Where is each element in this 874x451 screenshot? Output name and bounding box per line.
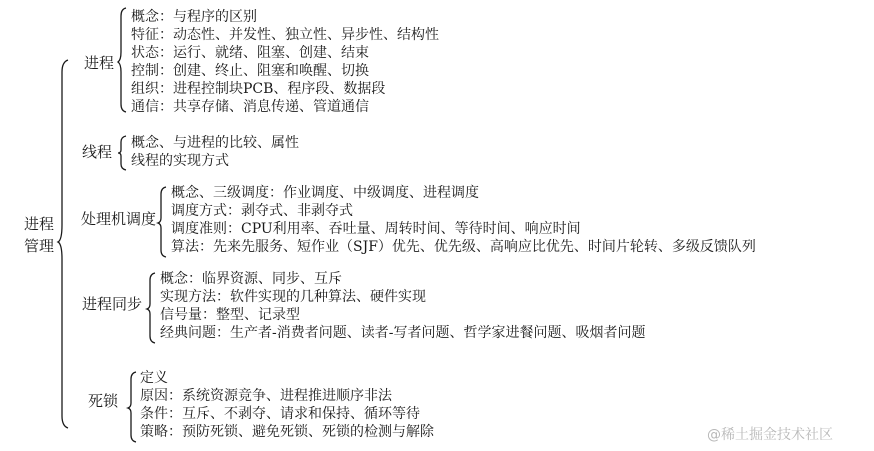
- scheduling-item-mode: 调度方式：剥夺式、非剥夺式: [171, 202, 353, 220]
- branch-label-process: 进程: [84, 54, 114, 72]
- synchronization-brace-icon: [147, 273, 157, 343]
- process-brace-icon: [118, 8, 128, 112]
- branch-label-deadlock: 死锁: [88, 392, 118, 410]
- scheduling-item-algorithms: 算法：先来先服务、短作业（SJF）优先、优先级、高响应比优先、时间片轮转、多级反…: [171, 238, 756, 256]
- watermark: @稀土掘金技术社区: [707, 424, 833, 444]
- process-item-features: 特征：动态性、并发性、独立性、异步性、结构性: [131, 26, 439, 44]
- scheduling-item-concept: 概念、三级调度：作业调度、中级调度、进程调度: [171, 184, 479, 202]
- root-label-line1: 进程: [24, 213, 54, 235]
- process-item-communication: 通信：共享存储、消息传递、管道通信: [131, 98, 369, 116]
- deadlock-item-definition: 定义: [140, 369, 168, 387]
- deadlock-item-causes: 原因：系统资源竞争、进程推进顺序非法: [140, 387, 392, 405]
- deadlock-item-conditions: 条件：互斥、不剥夺、请求和保持、循环等待: [140, 405, 420, 423]
- scheduling-item-criteria: 调度准则：CPU利用率、吞吐量、周转时间、等待时间、响应时间: [171, 220, 581, 238]
- root-label: 进程 管理: [24, 213, 54, 257]
- thread-brace-icon: [118, 136, 128, 170]
- process-item-concept: 概念：与程序的区别: [131, 8, 257, 26]
- sync-item-concept: 概念：临界资源、同步、互斥: [160, 270, 342, 288]
- branch-label-synchronization: 进程同步: [82, 295, 142, 313]
- root-label-line2: 管理: [24, 235, 54, 257]
- root-brace-icon: [58, 60, 70, 430]
- branch-label-scheduling: 处理机调度: [81, 210, 156, 228]
- process-item-organization: 组织：进程控制块PCB、程序段、数据段: [131, 80, 385, 98]
- sync-item-semaphore: 信号量：整型、记录型: [160, 306, 300, 324]
- sync-item-classic-problems: 经典问题：生产者-消费者问题、读者-写者问题、哲学家进餐问题、吸烟者问题: [160, 324, 645, 342]
- deadlock-brace-icon: [128, 372, 138, 442]
- thread-item-concept: 概念、与进程的比较、属性: [131, 134, 299, 152]
- sync-item-implementation: 实现方法：软件实现的几种算法、硬件实现: [160, 288, 426, 306]
- thread-item-implementation: 线程的实现方式: [131, 152, 229, 170]
- branch-label-thread: 线程: [82, 143, 112, 161]
- process-item-states: 状态：运行、就绪、阻塞、创建、结束: [131, 44, 369, 62]
- deadlock-item-strategies: 策略：预防死锁、避免死锁、死锁的检测与解除: [140, 423, 434, 441]
- scheduling-brace-icon: [158, 187, 168, 257]
- process-item-control: 控制：创建、终止、阻塞和唤醒、切换: [131, 62, 369, 80]
